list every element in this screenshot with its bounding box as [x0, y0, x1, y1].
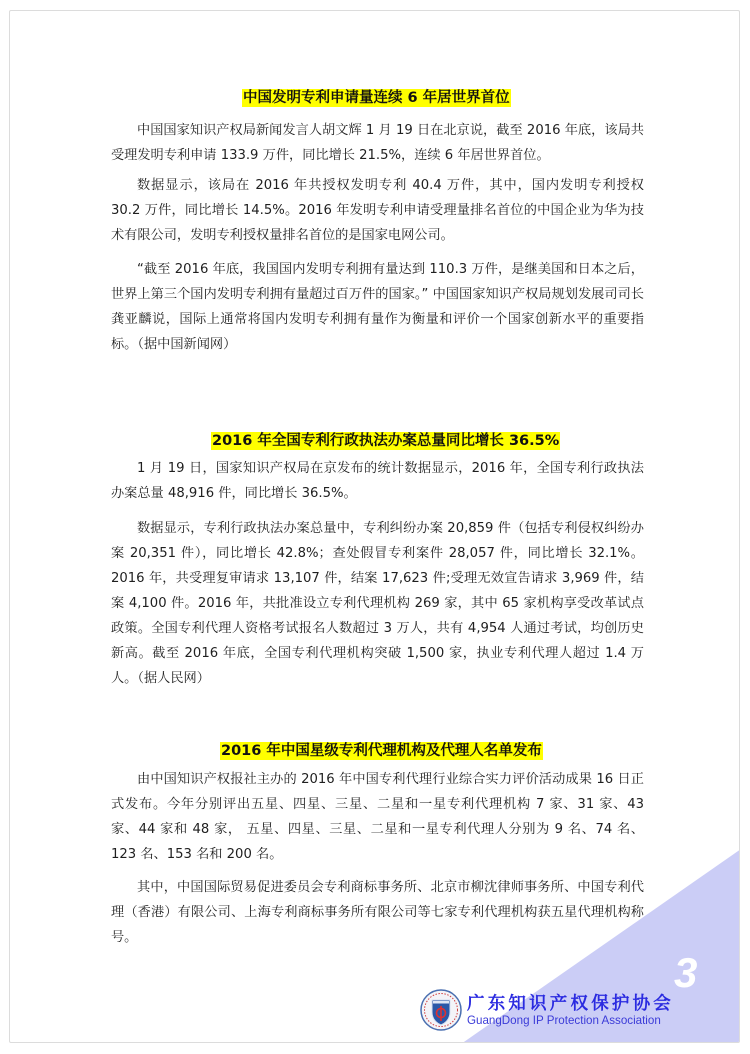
section-2-paragraph-1: 1 月 19 日，国家知识产权局在京发布的统计数据显示，2016 年，全国专利行…: [111, 456, 644, 506]
association-emblem-icon: [420, 989, 462, 1031]
section-2-paragraph-2: 数据显示，专利行政执法办案总量中，专利纠纷办案 20,859 件（包括专利侵权纠…: [111, 516, 644, 691]
section-3-paragraph-1: 由中国知识产权报社主办的 2016 年中国专利代理行业综合实力评价活动成果 16…: [111, 767, 644, 867]
section-title-3: 2016 年中国星级专利代理机构及代理人名单发布: [220, 742, 543, 760]
section-title-2: 2016 年全国专利行政执法办案总量同比增长 36.5%: [211, 432, 560, 450]
section-1-paragraph-2: 数据显示，该局在 2016 年共授权发明专利 40.4 万件，其中，国内发明专利…: [111, 173, 644, 248]
section-1-paragraph-1: 中国国家知识产权局新闻发言人胡文辉 1 月 19 日在北京说，截至 2016 年…: [111, 118, 644, 168]
footer-org-name-en: GuangDong IP Protection Association: [467, 1014, 661, 1027]
section-title-1: 中国发明专利申请量连续 6 年居世界首位: [242, 89, 511, 107]
document-page: 中国发明专利申请量连续 6 年居世界首位 中国国家知识产权局新闻发言人胡文辉 1…: [9, 10, 740, 1043]
footer-org-name-cn: 广东知识产权保护协会: [467, 990, 674, 1015]
section-3-paragraph-2: 其中，中国国际贸易促进委员会专利商标事务所、北京市柳沈律师事务所、中国专利代理（…: [111, 875, 644, 950]
section-1-paragraph-3: “截至 2016 年底，我国国内发明专利拥有量达到 110.3 万件，是继美国和…: [111, 257, 644, 357]
page-number: 3: [674, 949, 697, 997]
